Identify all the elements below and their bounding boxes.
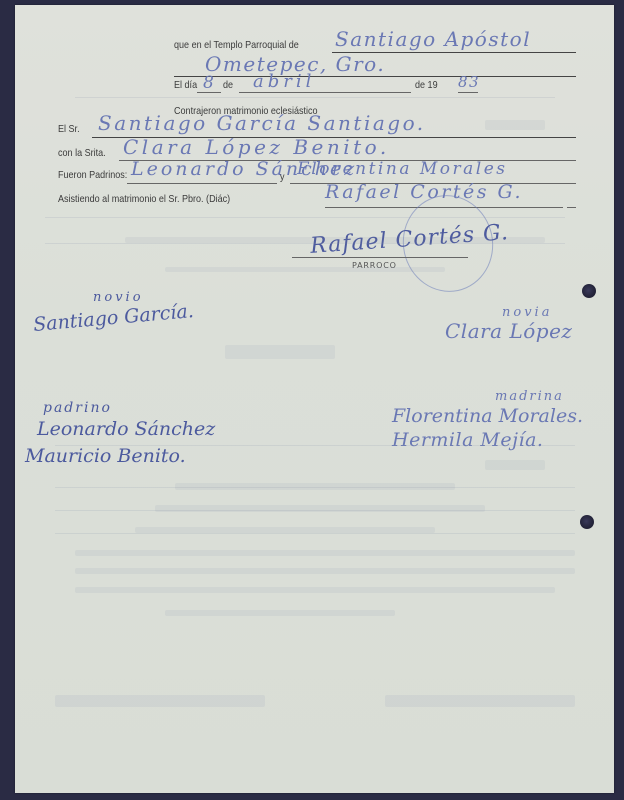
punch-hole-top: [582, 284, 596, 298]
label-el-sr: El Sr.: [58, 123, 80, 135]
field-mes: abril: [253, 71, 315, 92]
label-y: y: [280, 171, 285, 183]
field-sacerdote: Rafael Cortés G.: [325, 181, 523, 203]
label-de: de: [223, 79, 233, 91]
padrino-signature-2: Mauricio Benito.: [25, 445, 186, 467]
novia-signature: Clara López: [445, 319, 572, 343]
label-templo: que en el Templo Parroquial de: [174, 39, 299, 51]
field-novio: Santiago García Santiago.: [98, 111, 426, 135]
label-padrinos: Fueron Padrinos:: [58, 169, 127, 181]
padrino-signature-label: padrino: [43, 400, 112, 416]
label-el-dia: El día: [174, 79, 197, 91]
rule-year: [458, 92, 478, 93]
field-year: 83: [458, 73, 480, 91]
novio-signature-label: novio: [93, 290, 144, 305]
madrina-signature-1: Florentina Morales.: [392, 405, 583, 427]
rule-sacerdote-end: [567, 207, 576, 208]
field-novia: Clara López Benito.: [123, 135, 390, 159]
rule-parroco: [292, 257, 468, 258]
label-year: de 19: [415, 79, 438, 91]
field-dia: 8: [203, 73, 215, 93]
field-madrina: Florentina Morales: [297, 159, 507, 179]
field-templo: Santiago Apóstol: [335, 27, 531, 51]
rule-mes: [239, 92, 411, 93]
rule-lugar: [174, 76, 576, 77]
padrino-signature-1: Leonardo Sánchez: [37, 418, 215, 440]
certificate-paper: que en el Templo Parroquial de Santiago …: [15, 5, 614, 793]
label-srita: con la Srita.: [58, 147, 106, 159]
novio-signature: Santiago García.: [32, 300, 194, 336]
label-asistiendo: Asistiendo al matrimonio el Sr. Pbro. (D…: [58, 193, 230, 205]
novia-signature-label: novia: [502, 305, 552, 320]
madrina-signature-label: madrina: [495, 389, 564, 404]
madrina-signature-2: Hermila Mejía.: [392, 429, 543, 451]
punch-hole-bottom: [580, 515, 594, 529]
rule-padrino: [127, 183, 277, 184]
